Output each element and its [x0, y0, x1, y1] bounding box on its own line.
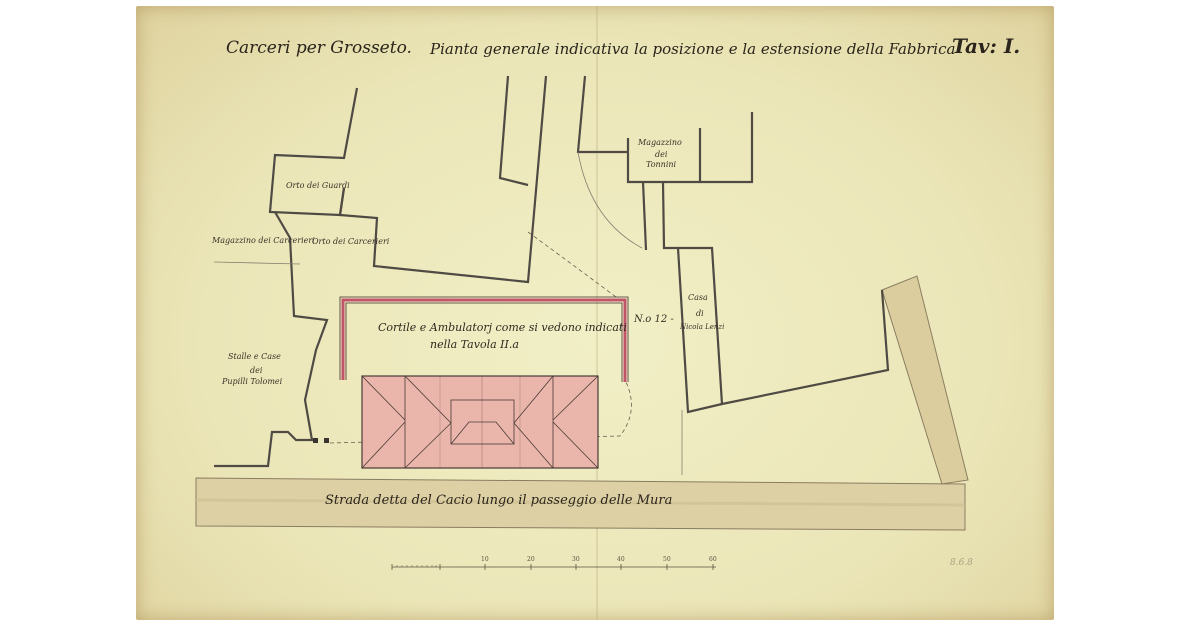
archive-stamp: 8.6.8 — [950, 558, 973, 568]
scale-tick-10: 10 — [481, 556, 489, 563]
label-stalle: Stalle e Case — [228, 352, 281, 361]
scale-tick-20: 20 — [527, 556, 535, 563]
label-stalle-dei: dei — [250, 366, 262, 375]
label-casa-name: Nicola Lenzi — [680, 323, 724, 331]
map-title: Carceri per Grosseto. — [226, 38, 412, 58]
prison-building — [362, 376, 598, 468]
scale-tick-30: 30 — [572, 556, 580, 563]
scale-tick-40: 40 — [617, 556, 625, 563]
label-magazzino-carcerieri: Magazzino dei Carcerieri — [212, 236, 315, 245]
map-subtitle: Pianta generale indicativa la posizione … — [430, 40, 955, 58]
scale-tick-50: 50 — [663, 556, 671, 563]
plate-number: Tav: I. — [952, 34, 1020, 58]
scale-tick-60: 60 — [709, 556, 717, 563]
label-casa-di: di — [696, 309, 704, 318]
city-wall — [882, 276, 968, 484]
label-magazzino-tonnini: Magazzino — [638, 138, 682, 147]
label-stalle-name: Pupilli Tolomei — [222, 377, 282, 386]
label-cortile: Cortile e Ambulatorj come si vedono indi… — [378, 321, 627, 334]
label-casa: Casa — [688, 293, 708, 302]
road-label: Strada detta del Cacio lungo il passeggi… — [325, 493, 672, 508]
label-magazzino-tonnini-dei: dei — [655, 150, 667, 159]
site-plan-drawing — [0, 0, 1200, 628]
label-magazzino-tonnini-name: Tonnini — [646, 160, 676, 169]
label-orto-carcerieri: Orto dei Carcerieri — [312, 237, 389, 246]
scale-bar — [392, 564, 716, 570]
label-orto-guardie: Orto dei Guardi — [286, 181, 350, 190]
label-cortile-line2: nella Tavola II.a — [430, 338, 519, 351]
label-numero-12: N.o 12 - — [634, 314, 674, 325]
